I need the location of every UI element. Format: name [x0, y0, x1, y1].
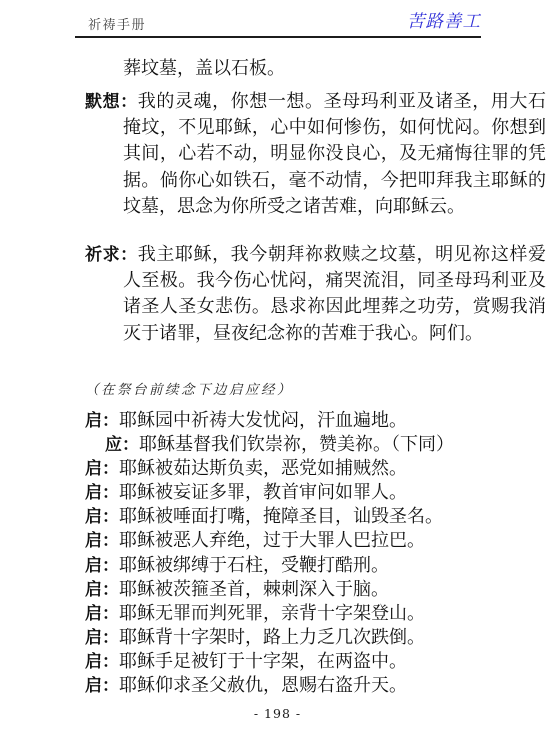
versicle-text: 耶稣仰求圣父赦仇，恩赐右盗升天。	[119, 675, 407, 696]
page-number: - 198 -	[0, 706, 555, 721]
litany-versicle-row: 启：耶稣被妄证多罪，教首审问如罪人。	[85, 481, 525, 505]
versicle-label: 启：	[85, 604, 119, 624]
versicle-text: 耶稣被妄证多罪，教首审问如罪人。	[119, 482, 407, 503]
response-label: 应：	[105, 435, 139, 455]
litany-versicle-row: 启：耶稣被茹达斯负卖，恶党如捕贼然。	[85, 457, 525, 481]
response-text: 耶稣基督我们钦崇祢，赞美祢。（下同）	[139, 434, 454, 455]
petition-paragraph: 祈求：我主耶稣，我今朝拜祢救赎之坟墓，明见祢这样爱人至极。我今伤心忧闷，痛哭流泪…	[85, 242, 546, 347]
document-page: 祈祷手册 苦路善工 葬坟墓，盖以石板。 默想：我的灵魂，你想一想。圣母玛利亚及诸…	[0, 0, 555, 730]
versicle-text: 耶稣被恶人弃绝，过于大罪人巴拉巴。	[119, 530, 425, 551]
versicle-label: 启：	[85, 411, 119, 431]
litany-versicle-row: 启：耶稣被绑缚于石柱，受鞭打酷刑。	[85, 554, 525, 578]
versicle-text: 耶稣被茨箍圣首，棘刺深入于脑。	[119, 579, 389, 600]
versicle-label: 启：	[85, 483, 119, 503]
litany-versicle-row: 启：耶稣被唾面打嘴，掩障圣目，讪毁圣名。	[85, 505, 525, 529]
versicle-label: 启：	[85, 507, 119, 527]
versicle-label: 启：	[85, 628, 119, 648]
versicle-text: 耶稣园中祈祷大发忧闷，汗血遍地。	[119, 410, 407, 431]
versicle-label: 启：	[85, 556, 119, 576]
litany-response-row: 应：耶稣基督我们钦崇祢，赞美祢。（下同）	[105, 433, 525, 457]
versicle-label: 启：	[85, 676, 119, 696]
versicle-text: 耶稣手足被钉于十字架，在两盗中。	[119, 651, 407, 672]
litany-list: 启：耶稣园中祈祷大发忧闷，汗血遍地。 应：耶稣基督我们钦崇祢，赞美祢。（下同） …	[85, 409, 525, 698]
versicle-label: 启：	[85, 459, 119, 479]
versicle-text: 耶稣背十字架时，路上力乏几次跌倒。	[119, 627, 425, 648]
litany-versicle-row: 启：耶稣被恶人弃绝，过于大罪人巴拉巴。	[85, 529, 525, 553]
litany-versicle-row: 启：耶稣背十字架时，路上力乏几次跌倒。	[85, 626, 525, 650]
versicle-text: 耶稣被茹达斯负卖，恶党如捕贼然。	[119, 458, 407, 479]
page-header: 祈祷手册 苦路善工	[75, 0, 481, 38]
meditation-paragraph: 默想：我的灵魂，你想一想。圣母玛利亚及诸圣，用大石掩坟，不见耶稣，心中如何惨伤，…	[85, 89, 546, 220]
versicle-label: 启：	[85, 652, 119, 672]
versicle-text: 耶稣无罪而判死罪，亲背十字架登山。	[119, 603, 425, 624]
versicle-label: 启：	[85, 580, 119, 600]
continuation-line: 葬坟墓，盖以石板。	[123, 56, 285, 82]
litany-versicle-row: 启：耶稣仰求圣父赦仇，恩赐右盗升天。	[85, 674, 525, 698]
meditation-label: 默想：	[85, 92, 138, 112]
running-header-chapter-title: 苦路善工	[407, 8, 481, 33]
petition-label: 祈求：	[85, 245, 138, 265]
meditation-text: 我的灵魂，你想一想。圣母玛利亚及诸圣，用大石掩坟，不见耶稣，心中如何惨伤，如何忧…	[123, 91, 546, 217]
litany-versicle-row: 启：耶稣被茨箍圣首，棘刺深入于脑。	[85, 578, 525, 602]
versicle-label: 启：	[85, 531, 119, 551]
litany-versicle-row: 启：耶稣园中祈祷大发忧闷，汗血遍地。	[85, 409, 525, 433]
rubric-note: （在祭台前续念下边启应经）	[85, 378, 293, 398]
litany-versicle-row: 启：耶稣无罪而判死罪，亲背十字架登山。	[85, 602, 525, 626]
petition-text: 我主耶稣，我今朝拜祢救赎之坟墓，明见祢这样爱人至极。我今伤心忧闷，痛哭流泪，同圣…	[123, 244, 546, 344]
versicle-text: 耶稣被唾面打嘴，掩障圣目，讪毁圣名。	[119, 506, 443, 527]
versicle-text: 耶稣被绑缚于石柱，受鞭打酷刑。	[119, 555, 389, 576]
running-header-book-title: 祈祷手册	[88, 14, 146, 33]
litany-versicle-row: 启：耶稣手足被钉于十字架，在两盗中。	[85, 650, 525, 674]
